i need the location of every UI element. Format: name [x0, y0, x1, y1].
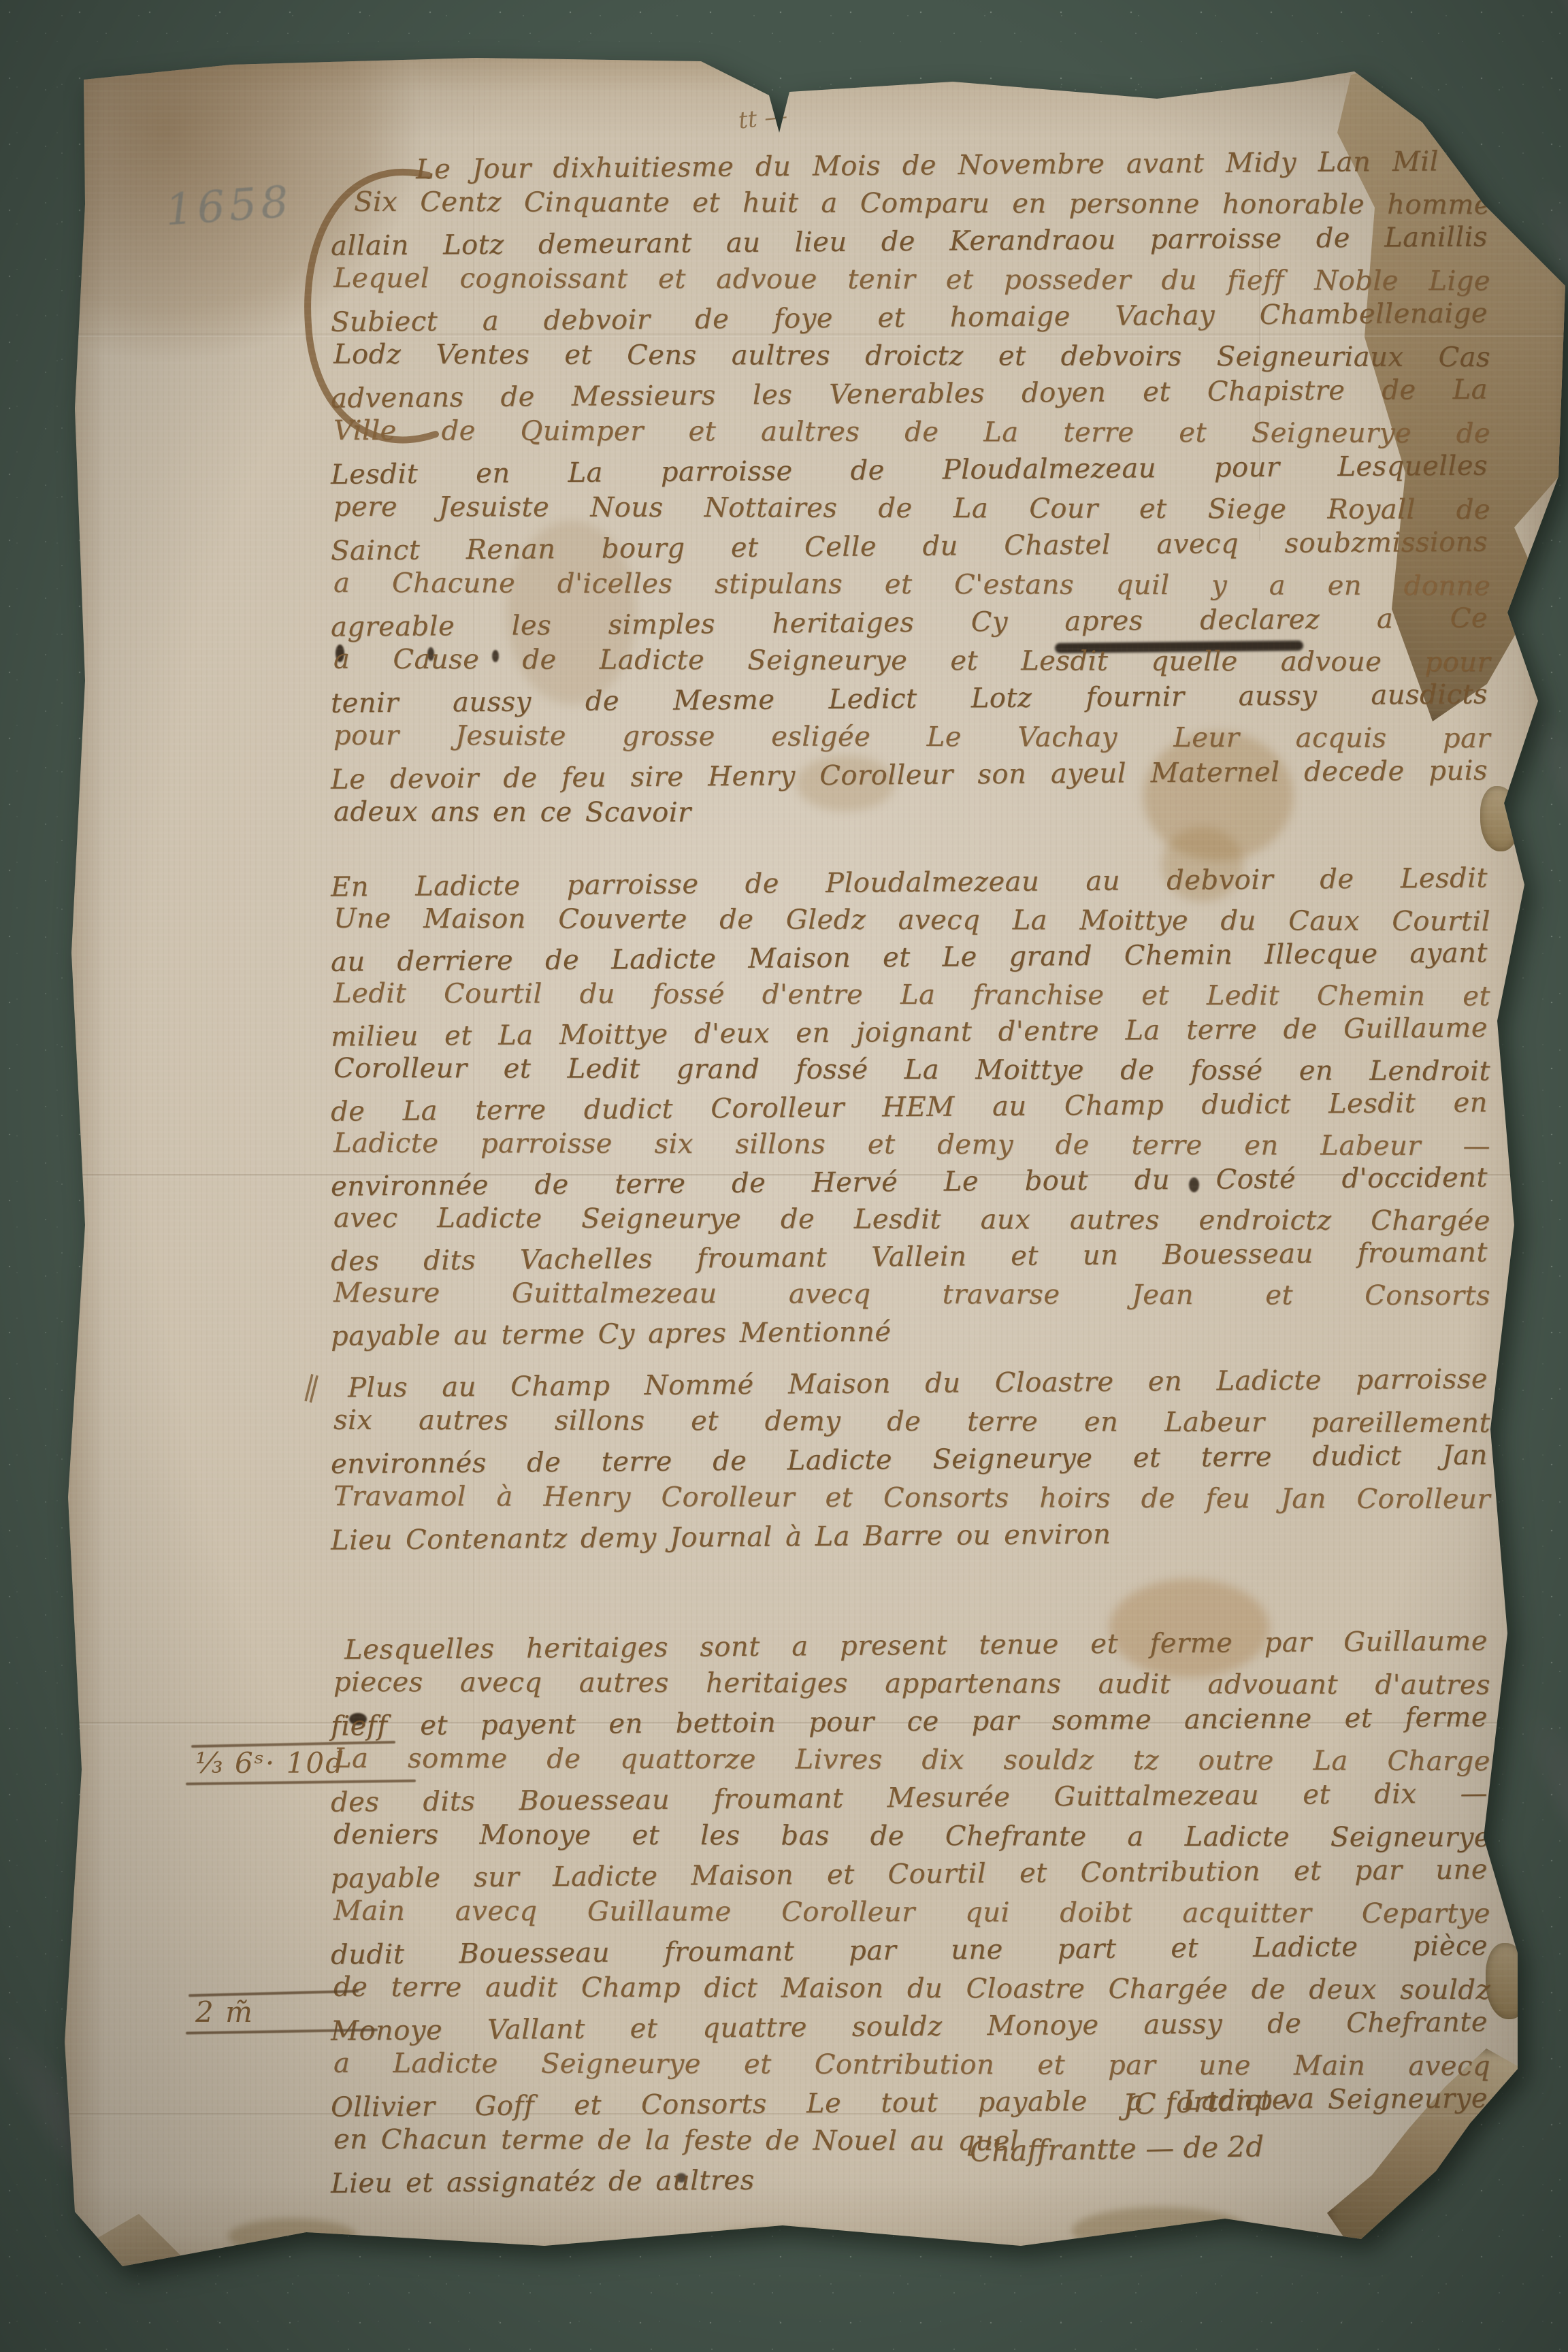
handwriting-line: La somme de quattorze Livres dix souldz … — [333, 1739, 1490, 1780]
handwriting-paragraph: Le Jour dixhuitiesme du Mois de Novembre… — [333, 146, 1490, 832]
photo-of-manuscript: { "colors": { "felt": "#46564c", "paper"… — [0, 0, 1568, 2352]
handwriting-line: a Chacune d'icelles stipulans et C'estan… — [333, 564, 1490, 605]
pencil-year-note: 1658 — [164, 180, 294, 233]
closing-fragment: JC fortanp va — [1122, 2084, 1314, 2119]
handwriting-line: Six Centz Cinquante et huit a Comparu en… — [354, 183, 1490, 224]
handwriting-line: adeux ans en ce Scavoir — [333, 793, 1490, 834]
dog-ear-fold — [92, 2214, 194, 2279]
handwriting-line: Lieu Contenantz demy Journal à La Barre … — [331, 1512, 1488, 1559]
handwriting-line: dudit Bouesseau froumant par une part et… — [331, 1927, 1488, 1974]
handwriting-paragraph: Lesquelles heritaiges sont a present ten… — [333, 1627, 1490, 2198]
handwriting-line: Lesquelles heritaiges sont a present ten… — [344, 1622, 1488, 1669]
handwriting-line: Mesure Guittalmezeau avecq travarse Jean… — [333, 1275, 1490, 1315]
handwriting-line: Travamol à Henry Corolleur et Consorts h… — [333, 1477, 1490, 1518]
folio-mark: tt — — [737, 104, 788, 132]
handwriting-line: Le Jour dixhuitiesme du Mois de Novembre… — [416, 142, 1488, 189]
handwriting-line: Lesdit en La parroisse de Ploudalmezeau … — [331, 446, 1488, 493]
handwriting-line: En Ladicte parroisse de Ploudalmezeau au… — [331, 860, 1488, 906]
margin-note-text: 2 m̃ — [186, 1995, 378, 2030]
manuscript-paper: 1658 tt — Le Jour dixhuitiesme du Mois d… — [65, 51, 1565, 2276]
handwriting-line: de La terre dudict Corolleur HEM au Cham… — [331, 1084, 1488, 1130]
handwriting-line: Sainct Renan bourg et Celle du Chastel a… — [331, 523, 1488, 570]
handwriting-line: allain Lotz demeurant au lieu de Kerandr… — [331, 218, 1488, 265]
handwriting-line: Plus au Champ Nommé Maison du Cloastre e… — [348, 1360, 1488, 1407]
handwriting-line: deniers Monoye et les bas de Chefrante a… — [333, 1816, 1490, 1857]
handwriting-line: pere Jesuiste Nous Nottaires de La Cour … — [333, 488, 1490, 529]
handwriting-line: payable au terme Cy apres Mentionné — [331, 1309, 1488, 1355]
paragraph-mark: ∥ — [301, 1373, 321, 1406]
handwriting-line: en Chacun terme de la feste de Nouel au … — [333, 2121, 1490, 2161]
handwriting-paragraph: En Ladicte parroisse de Ploudalmezeau au… — [333, 864, 1490, 1351]
handwriting-line: milieu et La Moittye d'eux en joignant d… — [331, 1009, 1488, 1056]
handwriting-line: Une Maison Couverte de Gledz avecq La Mo… — [333, 900, 1490, 941]
handwriting-line: fieff et payent en bettoin pour ce par s… — [331, 1698, 1488, 1745]
handwriting-line: a Ladicte Seigneurye et Contribution et … — [333, 2044, 1490, 2085]
paper-sheet: 1658 tt — Le Jour dixhuitiesme du Mois d… — [65, 51, 1565, 2276]
bottom-edge-damage — [698, 2227, 854, 2270]
handwriting-line: Le devoir de feu sire Henry Corolleur so… — [331, 751, 1488, 798]
handwriting-line: Lequel cognoissant et advoue tenir et po… — [333, 259, 1490, 300]
closing-fragment: Chaffrantte — de 2d — [970, 2132, 1264, 2166]
handwriting-line: a Cause de Ladicte Seigneurye et Lesdit … — [333, 640, 1490, 681]
handwriting-line: Subiect a debvoir de foye et homaige Vac… — [331, 294, 1488, 341]
handwriting-line: Ledit Courtil du fossé d'entre La franch… — [333, 975, 1490, 1015]
handwriting-line: avec Ladicte Seigneurye de Lesdit aux au… — [333, 1200, 1490, 1240]
torn-edge-chunk — [1486, 1943, 1531, 2019]
handwriting-line: advenans de Messieurs les Venerables doy… — [331, 370, 1488, 417]
handwriting-line: Ville de Quimper et aultres de La terre … — [333, 412, 1490, 453]
handwriting-line: agreable les simples heritaiges Cy apres… — [331, 599, 1488, 646]
handwriting-line: des dits Vachelles froumant Vallein et u… — [331, 1234, 1488, 1280]
handwriting-line: environnée de terre de Hervé Le bout du … — [331, 1159, 1488, 1205]
handwriting-line: Corolleur et Ledit grand fossé La Moitty… — [333, 1050, 1490, 1090]
handwriting-line: payable sur Ladicte Maison et Courtil et… — [331, 1850, 1488, 1897]
handwriting-line: Main avecq Guillaume Corolleur qui doibt… — [333, 1892, 1490, 1933]
bottom-edge-damage — [1072, 2207, 1249, 2255]
handwriting-line: au derriere de Ladicte Maison et Le gran… — [331, 934, 1488, 981]
bottom-edge-damage — [228, 2219, 357, 2254]
margin-note-tax-fraction: ⅓ 6ˢ· 10d — [186, 1743, 416, 1784]
margin-note-2m: 2 m̃ — [186, 1992, 378, 2033]
handwriting-line: Lieu et assignatéz de aultres — [331, 2155, 1488, 2202]
handwriting-line: pour Jesuiste grosse esligée Le Vachay L… — [333, 717, 1490, 757]
handwriting-line: tenir aussy de Mesme Ledict Lotz fournir… — [331, 675, 1488, 722]
handwriting-line: six autres sillons et demy de terre en L… — [333, 1401, 1490, 1442]
handwriting-line: des dits Bouesseau froumant Mesurée Guit… — [331, 1774, 1488, 1821]
handwriting-line: Lodz Ventes et Cens aultres droictz et d… — [333, 336, 1490, 376]
handwriting-line: pieces avecq autres heritaiges appartena… — [333, 1663, 1490, 1704]
handwriting-line: environnés de terre de Ladicte Seigneury… — [331, 1436, 1488, 1483]
margin-note-text: ⅓ 6ˢ· 10d — [186, 1746, 416, 1781]
handwriting-line: Ladicte parroisse six sillons et demy de… — [333, 1125, 1490, 1165]
handwriting-line: Monoye Vallant et quattre souldz Monoye … — [331, 2003, 1488, 2050]
handwriting-paragraph: Plus au Champ Nommé Maison du Cloastre e… — [333, 1365, 1490, 1555]
handwriting-line: de terre audit Champ dict Maison du Cloa… — [333, 1968, 1490, 2009]
